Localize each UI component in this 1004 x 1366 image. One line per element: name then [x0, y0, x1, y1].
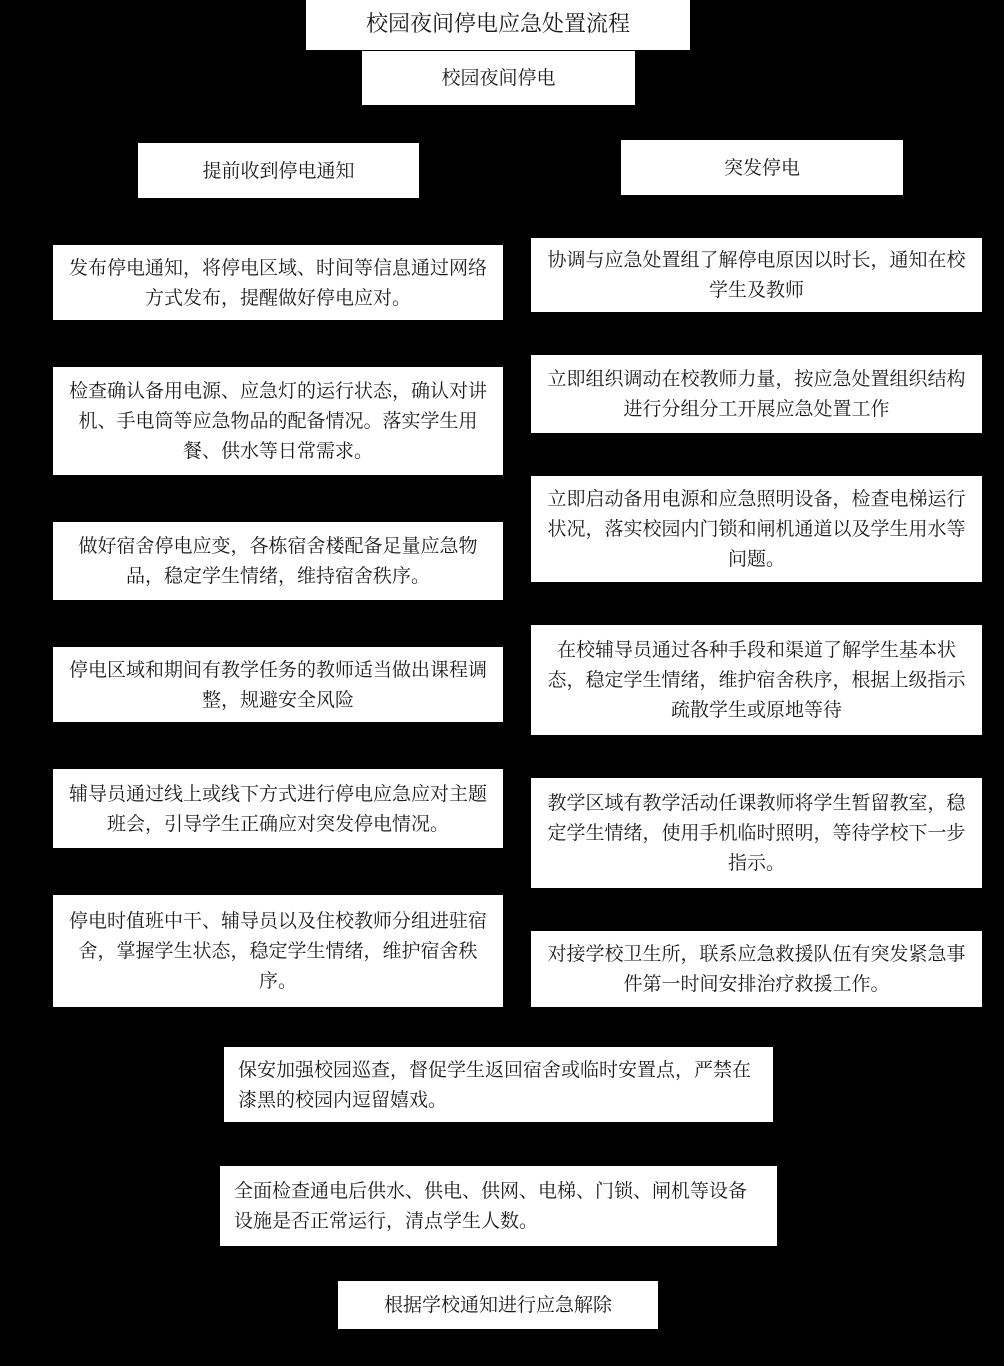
step-text: 协调与应急处置组了解停电原因以时长，通知在校学生及教师: [545, 245, 968, 305]
end-node: 根据学校通知进行应急解除: [338, 1281, 658, 1329]
branch-header-sudden-outage: 突发停电: [621, 140, 903, 195]
title-text: 校园夜间停电应急处置流程: [366, 10, 630, 40]
branch-header-text: 突发停电: [724, 153, 800, 183]
right-step-3: 立即启动备用电源和应急照明设备，检查电梯运行状况，落实校园内门锁和闸机通道以及学…: [531, 476, 982, 582]
step-text: 对接学校卫生所，联系应急救援队伍有突发紧急事件第一时间安排治疗救援工作。: [545, 939, 968, 999]
branch-header-text: 提前收到停电通知: [202, 156, 354, 186]
left-step-2: 检查确认备用电源、应急灯的运行状态，确认对讲机、手电筒等应急物品的配备情况。落实…: [53, 367, 503, 475]
step-text: 全面检查通电后供水、供电、供网、电梯、门锁、闸机等设备设施是否正常运行，清点学生…: [234, 1176, 763, 1236]
step-text: 立即启动备用电源和应急照明设备，检查电梯运行状况，落实校园内门锁和闸机通道以及学…: [545, 484, 968, 574]
left-step-1: 发布停电通知，将停电区域、时间等信息通过网络方式发布，提醒做好停电应对。: [53, 245, 503, 320]
right-step-2: 立即组织调动在校教师力量，按应急处置组织结构进行分组分工开展应急处置工作: [531, 355, 982, 433]
branch-header-advance-notice: 提前收到停电通知: [138, 143, 419, 198]
step-text: 在校辅导员通过各种手段和渠道了解学生基本状态，稳定学生情绪，维护宿舍秩序，根据上…: [545, 635, 968, 725]
left-step-4: 停电区域和期间有教学任务的教师适当做出课程调整，规避安全风险: [53, 647, 503, 722]
start-node: 校园夜间停电: [362, 51, 635, 105]
step-text: 检查确认备用电源、应急灯的运行状态，确认对讲机、手电筒等应急物品的配备情况。落实…: [67, 376, 489, 466]
step-text: 保安加强校园巡查，督促学生返回宿舍或临时安置点，严禁在漆黑的校园内逗留嬉戏。: [238, 1055, 759, 1115]
right-step-6: 对接学校卫生所，联系应急救援队伍有突发紧急事件第一时间安排治疗救援工作。: [531, 931, 982, 1007]
left-step-5: 辅导员通过线上或线下方式进行停电应急应对主题班会，引导学生正确应对突发停电情况。: [53, 769, 503, 848]
step-text: 停电时值班中干、辅导员以及住校教师分组进驻宿舍，掌握学生状态，稳定学生情绪，维护…: [67, 906, 489, 996]
right-step-1: 协调与应急处置组了解停电原因以时长，通知在校学生及教师: [531, 238, 982, 312]
merged-step-1: 保安加强校园巡查，督促学生返回宿舍或临时安置点，严禁在漆黑的校园内逗留嬉戏。: [224, 1047, 773, 1122]
end-text: 根据学校通知进行应急解除: [384, 1290, 612, 1320]
right-step-4: 在校辅导员通过各种手段和渠道了解学生基本状态，稳定学生情绪，维护宿舍秩序，根据上…: [531, 625, 982, 735]
step-text: 停电区域和期间有教学任务的教师适当做出课程调整，规避安全风险: [67, 655, 489, 715]
step-text: 做好宿舍停电应变，各栋宿舍楼配备足量应急物品，稳定学生情绪，维持宿舍秩序。: [67, 531, 489, 591]
step-text: 立即组织调动在校教师力量，按应急处置组织结构进行分组分工开展应急处置工作: [545, 364, 968, 424]
step-text: 发布停电通知，将停电区域、时间等信息通过网络方式发布，提醒做好停电应对。: [67, 253, 489, 313]
merged-step-2: 全面检查通电后供水、供电、供网、电梯、门锁、闸机等设备设施是否正常运行，清点学生…: [220, 1166, 777, 1246]
left-step-3: 做好宿舍停电应变，各栋宿舍楼配备足量应急物品，稳定学生情绪，维持宿舍秩序。: [53, 522, 503, 600]
step-text: 辅导员通过线上或线下方式进行停电应急应对主题班会，引导学生正确应对突发停电情况。: [67, 779, 489, 839]
step-text: 教学区域有教学活动任课教师将学生暂留教室，稳定学生情绪，使用手机临时照明，等待学…: [545, 788, 968, 878]
start-text: 校园夜间停电: [441, 63, 555, 93]
flowchart-title: 校园夜间停电应急处置流程: [306, 0, 690, 50]
right-step-5: 教学区域有教学活动任课教师将学生暂留教室，稳定学生情绪，使用手机临时照明，等待学…: [531, 778, 982, 888]
left-step-6: 停电时值班中干、辅导员以及住校教师分组进驻宿舍，掌握学生状态，稳定学生情绪，维护…: [53, 895, 503, 1007]
